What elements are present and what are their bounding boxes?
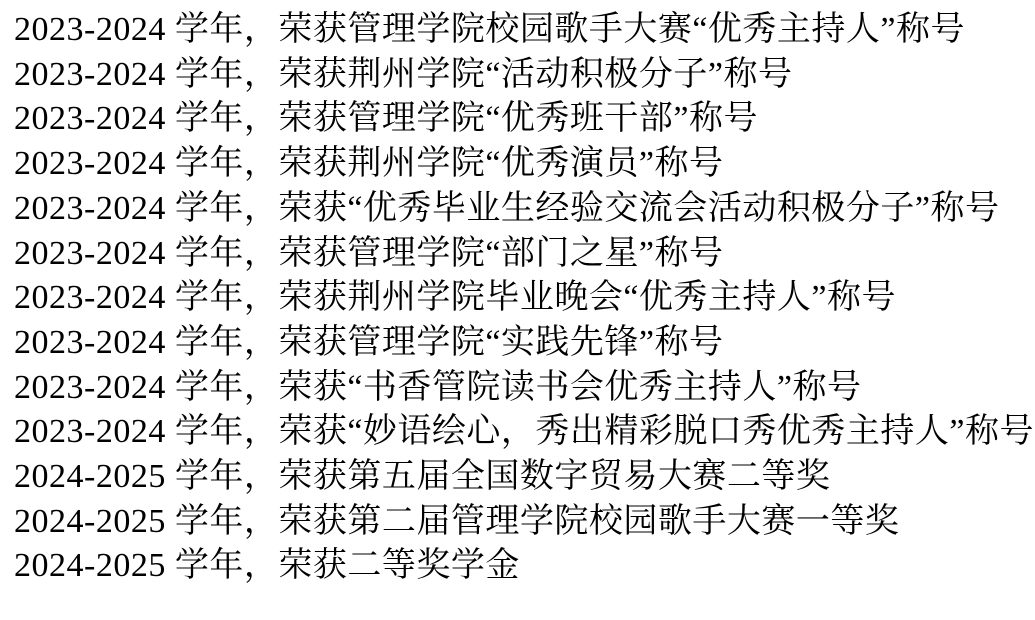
honor-line: 2023-2024 学年，荣获管理学院“部门之星”称号 [14,232,1025,277]
honor-line: 2024-2025 学年，荣获第二届管理学院校园歌手大赛一等奖 [14,500,1025,545]
honor-line: 2023-2024 学年，荣获荆州学院“优秀演员”称号 [14,142,1025,187]
honor-list: 2023-2024 学年，荣获管理学院校园歌手大赛“优秀主持人”称号 2023-… [14,8,1025,589]
honor-line: 2023-2024 学年，荣获管理学院“实践先锋”称号 [14,321,1025,366]
honor-line: 2023-2024 学年，荣获荆州学院毕业晚会“优秀主持人”称号 [14,276,1025,321]
honor-line: 2023-2024 学年，荣获“书香管院读书会优秀主持人”称号 [14,366,1025,411]
honor-line: 2023-2024 学年，荣获“妙语绘心，秀出精彩脱口秀优秀主持人”称号 [14,410,1025,455]
honor-line: 2023-2024 学年，荣获荆州学院“活动积极分子”称号 [14,53,1025,98]
document-page: 2023-2024 学年，荣获管理学院校园歌手大赛“优秀主持人”称号 2023-… [0,0,1035,620]
honor-line: 2024-2025 学年，荣获二等奖学金 [14,544,1025,589]
honor-line: 2024-2025 学年，荣获第五届全国数字贸易大赛二等奖 [14,455,1025,500]
honor-line: 2023-2024 学年，荣获管理学院校园歌手大赛“优秀主持人”称号 [14,8,1025,53]
honor-line: 2023-2024 学年，荣获管理学院“优秀班干部”称号 [14,97,1025,142]
honor-line: 2023-2024 学年，荣获“优秀毕业生经验交流会活动积极分子”称号 [14,187,1025,232]
